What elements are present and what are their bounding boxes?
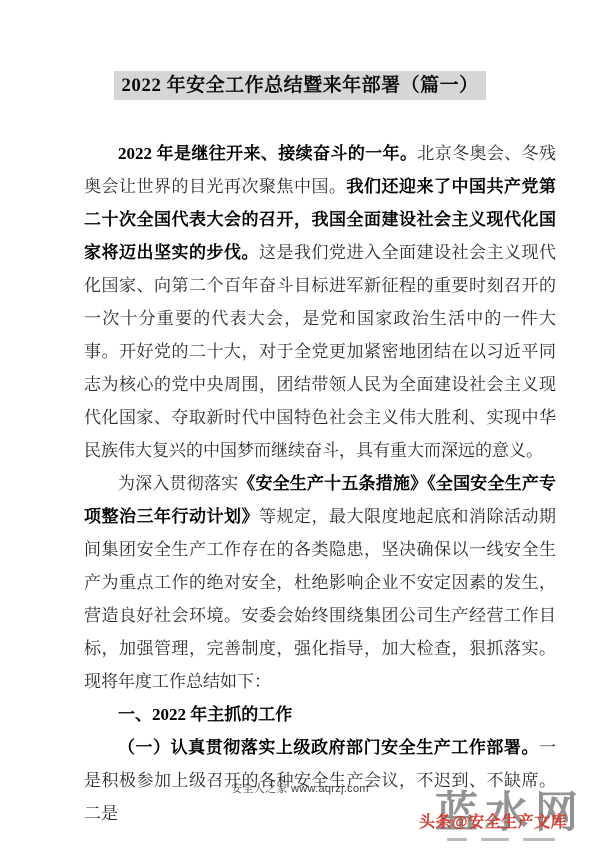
document-title: 2022 年安全工作总结暨来年部署（篇一） — [114, 71, 485, 100]
text-run: 2022 年是继往开来、接续奋斗的一年。 — [118, 144, 417, 163]
text-run: 一、2022 年主抓的工作 — [118, 705, 292, 724]
paragraph: 一、2022 年主抓的工作 — [84, 698, 556, 731]
paragraph: 为深入贯彻落实《安全生产十五条措施》《全国安全生产专项整治三年行动计划》等规定，… — [84, 467, 556, 698]
watermark-caption-marks — [447, 838, 555, 841]
text-run: （一）认真贯彻落实上级政府部门安全生产工作部署。 — [118, 738, 539, 757]
title-row: 2022 年安全工作总结暨来年部署（篇一） — [0, 0, 600, 100]
text-run: 等规定，最大限度地起底和消除活动期间集团安全生产工作存在的各类隐患，坚决确保以一… — [84, 507, 556, 691]
watermark-overlay-text: 头条@安全生产文库 — [419, 814, 567, 832]
text-run: 这是我们党进入全面建设社会主义现代化国家、向第二个百年奋斗目标进军新征程的重要时… — [84, 243, 556, 460]
document-body: 2022 年是继往开来、接续奋斗的一年。北京冬奥会、冬残奥会让世界的目光再次聚焦… — [84, 137, 556, 830]
text-run: 为深入贯彻落实 — [118, 474, 238, 493]
paragraph: 2022 年是继往开来、接续奋斗的一年。北京冬奥会、冬残奥会让世界的目光再次聚焦… — [84, 137, 556, 467]
document-page: 2022 年安全工作总结暨来年部署（篇一） 2022 年是继往开来、接续奋斗的一… — [0, 0, 600, 849]
watermark: 蓝水网 头条@安全生产文库 — [435, 790, 597, 846]
